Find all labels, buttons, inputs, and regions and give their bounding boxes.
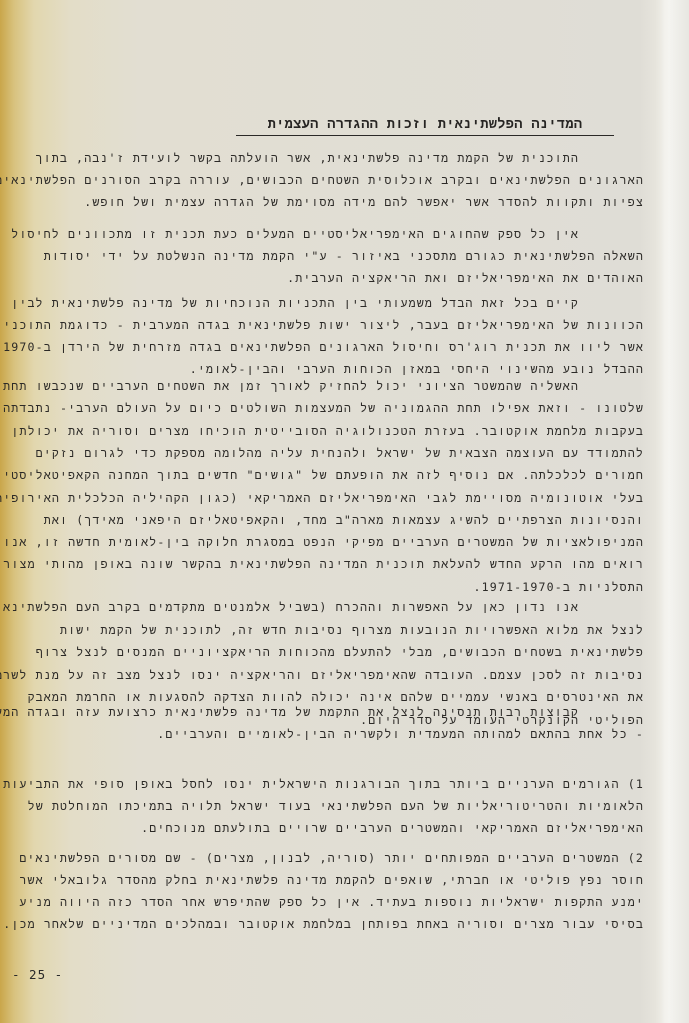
text-line: קיים בכל זאת הבדל משמעותי בין התכניות הנ…	[11, 295, 579, 311]
text-line: הלאומיות והטריטוריאליות של העם הפלשתינאי…	[28, 798, 644, 814]
text-line: אין כל ספק שהחוגים האימפריאליסטיים המעלי…	[11, 226, 579, 242]
text-line: פלשתינאית בשטחים הכבושים, מבלי להתעלם מה…	[36, 644, 644, 660]
text-line: האוהדים את האימפריאליזם ואת הריאקציה הער…	[287, 270, 644, 286]
text-line: רואים מהו הרקע החדש להעלאת תוכנית המדינה…	[0, 556, 644, 572]
text-line: להתמודד עם העוצמה הצבאית של ישראל ולהנחי…	[36, 445, 644, 461]
text-line: חוסר נפץ פוליטי או חברתי, שואפים להקמת מ…	[19, 872, 644, 888]
text-line: בעלי אוטונומיה מסויימת לגבי האימפריאליזם…	[0, 490, 644, 506]
text-line: הארגונים הפלשתינאים ובקרב אוכלוסית השטחי…	[0, 172, 644, 188]
text-line: נסיבות זה לסכן עצמם. העובדה שהאימפריאליז…	[0, 667, 644, 683]
text-line: המניפולאציות של המשטרים הערביים מפיקי הנ…	[3, 534, 644, 550]
text-line: התוכנית של הקמת מדינה פלשתינאית, אשר הוע…	[36, 150, 580, 166]
text-line: הכוונות של האימפריאליזם בעבר, ליצור ישות…	[0, 317, 644, 333]
document-page: המדינה הפלשתינאית וזכות ההגדרה העצמית הת…	[0, 0, 689, 1023]
text-line: והנסיונות הצרפתיים להשיג עצמאות מארה"ב מ…	[44, 512, 644, 528]
page-number: - 25 -	[12, 967, 63, 982]
page-edge	[661, 0, 689, 1023]
text-line: לנצל את מלוא האפשרויות הנובעות מצרוף נסי…	[60, 622, 644, 638]
text-line: חמורים לכלכלתה. אם נוסיף לזה את הופעתם ש…	[0, 467, 644, 483]
text-line: האשליה שהמשטר הציוני יכול להחזיק לאורך ז…	[3, 378, 579, 394]
text-line: 2) המשטרים הערביים המפותחים יותר (סוריה,…	[19, 850, 644, 866]
document-title: המדינה הפלשתינאית וזכות ההגדרה העצמית	[236, 116, 614, 136]
text-line: ימנע התקפות ישראליות נוספות בעתיד. אין כ…	[19, 894, 644, 910]
text-line: צפיות ותקוות להסדר אשר יאפשר להם מידה מס…	[84, 194, 644, 210]
text-line: ההבדל נובע מהשינוי היחסי במאזן הכוחות הע…	[190, 361, 644, 377]
text-line: בעקבות מלחמת אוקטובר. בעזרת הטכנולוגיה ה…	[11, 423, 644, 439]
text-line: בסיסי עבור מצרים וסוריה באחת בפותחן במלח…	[3, 916, 644, 932]
text-line: התסלניות ב-1971-1970.	[473, 579, 644, 595]
text-line: את האינטרסים באנשי עממיים שלהם אינה יכול…	[28, 689, 644, 705]
text-line: האימפריאליזם האמריקאי והמשטרים הערביים ש…	[141, 820, 644, 836]
text-line: קבוצות רבות תנסינה לנצל את התקמת של מדינ…	[0, 704, 579, 720]
text-line: שלטונו - וזאת אפילו תחת ההגמוניה של המעצ…	[3, 400, 644, 416]
text-line: - כל אחת בהתאם למהותה המעמדית ולקשריה הב…	[157, 726, 644, 742]
text-line: השאלה הפלשתינאית כגורם מתסכני באיזור - ע…	[44, 248, 644, 264]
text-line: אנו נדון כאן על האפשרות וההכרח (בשביל אל…	[0, 599, 579, 615]
text-line: אשר ליוו את תכנית רוג'רס וחיסול הארגונים…	[0, 339, 644, 355]
text-line: 1) הגורמים הערניים ביותר בתוך הבורגנות ה…	[3, 776, 644, 792]
